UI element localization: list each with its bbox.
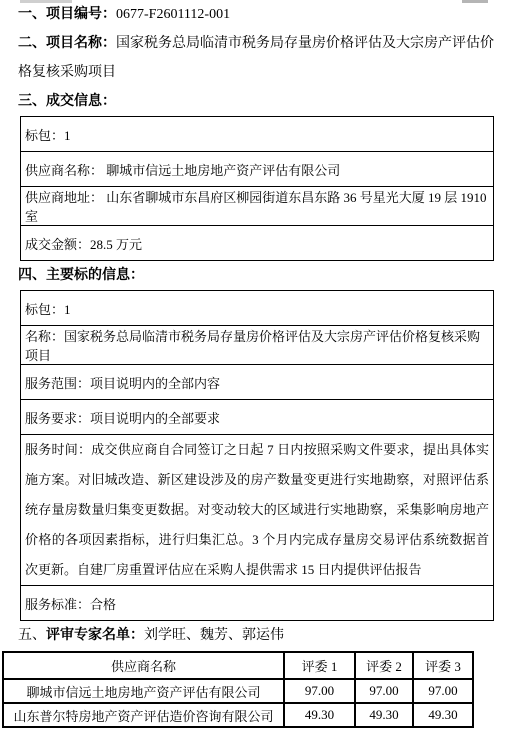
subject-row-package: 标包：1	[21, 291, 494, 326]
experts-label: 评审专家名单：	[46, 628, 144, 643]
subject-row-requirement: 服务要求：项目说明内的全部要求	[21, 400, 494, 435]
subject-row-time: 服务时间：成交供应商自合同签订之日起 7 日内按照采购文件要求，提出具体实施方案…	[21, 435, 494, 586]
deal-supplier-address-cell: 供应商地址： 山东省聊城市东昌府区柳园街道东昌东路 36 号星光大厦 19 层 …	[21, 187, 494, 226]
deal-supplier-name-cell: 供应商名称： 聊城市信远土地房地产资产评估有限公司	[21, 152, 494, 187]
deal-row-amount: 成交金额：28.5 万元	[21, 226, 494, 261]
procurement-award-notice: { "colors": { "background": "#ffffff", "…	[0, 0, 511, 744]
experts-heading: 五、评审专家名单：刘学旺、魏芳、郭运伟	[18, 621, 496, 650]
experts-prefix: 五、	[18, 628, 46, 643]
score-cell: 97.00	[413, 679, 473, 703]
supplier-name-cell: 山东普尔特房地产资产评估造价咨询有限公司	[3, 703, 284, 727]
score-header-supplier: 供应商名称	[3, 652, 284, 679]
experts-names: 刘学旺、魏芳、郭运伟	[144, 628, 284, 643]
score-cell: 49.30	[284, 703, 355, 727]
subject-table: 标包：1 名称：国家税务总局临清市税务局存量房价格评估及大宗房产评估价格复核采购…	[20, 290, 494, 621]
score-cell: 49.30	[413, 703, 473, 727]
subject-info-heading: 四、主要标的信息：	[18, 261, 496, 290]
deal-row-package: 标包：1	[21, 117, 494, 152]
deal-row-supplier-name: 供应商名称： 聊城市信远土地房地产资产评估有限公司	[21, 152, 494, 187]
score-row-runner-up: 山东普尔特房地产资产评估造价咨询有限公司 49.30 49.30 49.30	[3, 703, 473, 727]
deal-amount-cell: 成交金额：28.5 万元	[21, 226, 494, 261]
score-header-judge3: 评委 3	[413, 652, 473, 679]
supplier-name-cell: 聊城市信远土地房地产资产评估有限公司	[3, 679, 284, 703]
subject-row-scope: 服务范围：项目说明内的全部内容	[21, 365, 494, 400]
subject-row-name: 名称：国家税务总局临清市税务局存量房价格评估及大宗房产评估价格复核采购项目	[21, 326, 494, 365]
top-left-artifact	[20, 0, 72, 3]
score-header-row: 供应商名称 评委 1 评委 2 评委 3	[3, 652, 473, 679]
deal-package-cell: 标包：1	[21, 117, 494, 152]
deal-info-label: 三、成交信息：	[18, 94, 116, 109]
subject-package-cell: 标包：1	[21, 291, 494, 326]
deal-info-heading: 三、成交信息：	[18, 87, 496, 116]
subject-name-cell: 名称：国家税务总局临清市税务局存量房价格评估及大宗房产评估价格复核采购项目	[21, 326, 494, 365]
score-header-judge2: 评委 2	[355, 652, 413, 679]
top-right-artifact	[462, 0, 488, 3]
subject-requirement-cell: 服务要求：项目说明内的全部要求	[21, 400, 494, 435]
deal-info-table: 标包：1 供应商名称： 聊城市信远土地房地产资产评估有限公司 供应商地址： 山东…	[20, 116, 494, 261]
project-number-label: 一、项目编号：	[18, 7, 116, 22]
project-number-value: 0677-F2601112-001	[116, 7, 230, 22]
subject-scope-cell: 服务范围：项目说明内的全部内容	[21, 365, 494, 400]
subject-row-standard: 服务标准：合格	[21, 586, 494, 621]
deal-row-supplier-address: 供应商地址： 山东省聊城市东昌府区柳园街道东昌东路 36 号星光大厦 19 层 …	[21, 187, 494, 226]
score-row-winner: 聊城市信远土地房地产资产评估有限公司 97.00 97.00 97.00	[3, 679, 473, 703]
score-cell: 97.00	[284, 679, 355, 703]
project-name-heading: 二、项目名称：国家税务总局临清市税务局存量房价格评估及大宗房产评估价格复核采购项…	[18, 29, 496, 87]
project-number-heading: 一、项目编号：0677-F2601112-001	[18, 0, 496, 29]
score-table: 供应商名称 评委 1 评委 2 评委 3 聊城市信远土地房地产资产评估有限公司 …	[2, 651, 474, 728]
project-name-label: 二、项目名称：	[18, 36, 116, 51]
score-cell: 97.00	[355, 679, 413, 703]
subject-info-label: 四、主要标的信息：	[18, 268, 144, 283]
score-cell: 49.30	[355, 703, 413, 727]
score-header-judge1: 评委 1	[284, 652, 355, 679]
subject-time-cell: 服务时间：成交供应商自合同签订之日起 7 日内按照采购文件要求，提出具体实施方案…	[21, 435, 494, 586]
subject-standard-cell: 服务标准：合格	[21, 586, 494, 621]
